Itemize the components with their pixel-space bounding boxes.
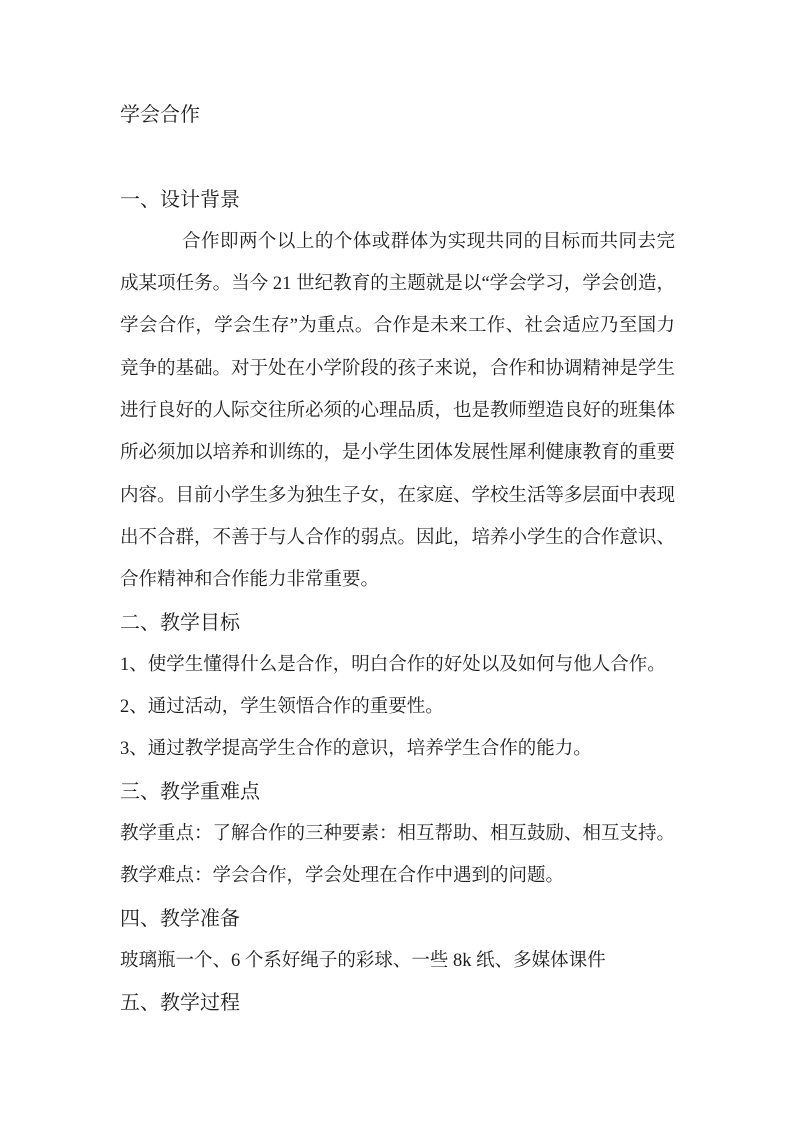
teaching-objective-item-1: 1、使学生懂得什么是合作，明白合作的好处以及如何与他人合作。 [120,644,675,686]
section-heading-teaching-objectives: 二、教学目标 [120,602,675,644]
teaching-difficult-point-line: 教学难点：学会合作，学会处理在合作中遇到的问题。 [120,855,675,897]
teaching-preparation-line: 玻璃瓶一个、6 个系好绳子的彩球、一些 8k 纸、多媒体课件 [120,940,675,982]
document-title: 学会合作 [120,94,675,136]
blank-line [120,136,675,178]
teaching-objective-item-3: 3、通过教学提高学生合作的意识，培养学生合作的能力。 [120,728,675,770]
design-background-paragraph: 合作即两个以上的个体或群体为实现共同的目标而共同去完成某项任务。当今 21 世纪… [120,221,675,602]
section-heading-design-background: 一、设计背景 [120,179,675,221]
section-heading-key-difficult-points: 三、教学重难点 [120,771,675,813]
teaching-key-point-line: 教学重点：了解合作的三种要素：相互帮助、相互鼓励、相互支持。 [120,813,675,855]
section-heading-teaching-preparation: 四、教学准备 [120,898,675,940]
section-heading-teaching-process: 五、教学过程 [120,982,675,1024]
teaching-objective-item-2: 2、通过活动，学生领悟合作的重要性。 [120,686,675,728]
document-page: 学会合作 一、设计背景 合作即两个以上的个体或群体为实现共同的目标而共同去完成某… [0,0,793,1122]
